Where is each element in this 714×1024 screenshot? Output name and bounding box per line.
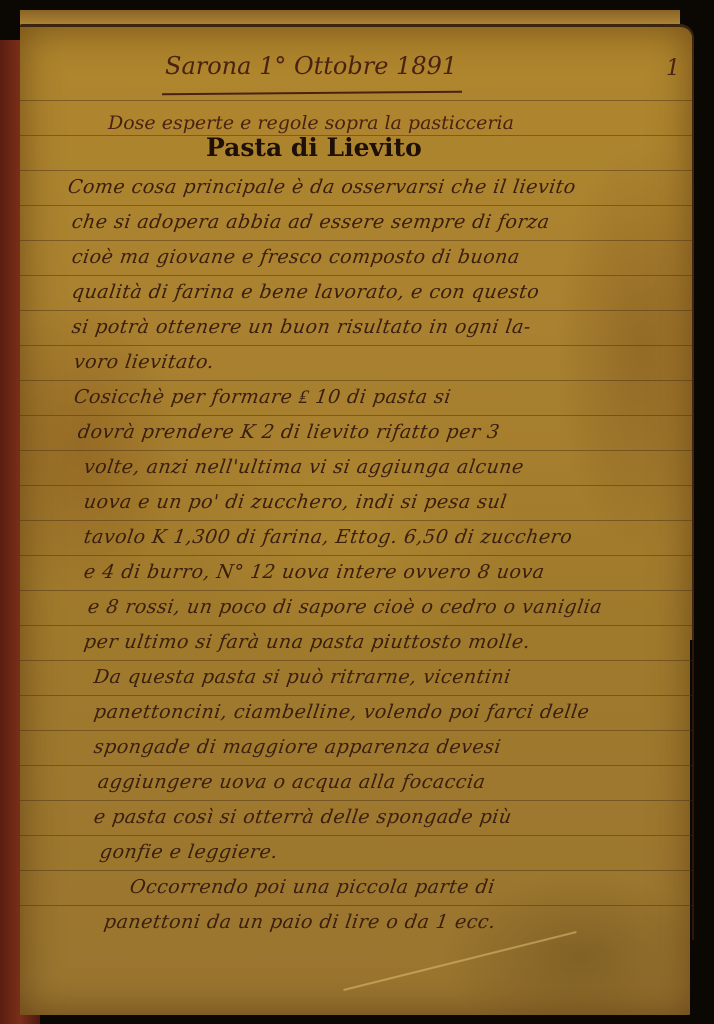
text-line: e pasta così si otterrà delle spongade p… <box>92 806 513 828</box>
text-line: panettoncini, ciambelline, volendo poi f… <box>92 701 590 723</box>
text-line: e 8 rossi, un poco di sapore cioè o cedr… <box>86 596 603 618</box>
text-line: volte, anzi nell'ultima vi si aggiunga a… <box>82 456 525 478</box>
text-line: aggiungere uova o acqua alla focaccia <box>96 771 487 793</box>
text-line: uova e un po' di zucchero, indi si pesa … <box>82 491 508 513</box>
text-line: qualità di farina e bene lavorato, e con… <box>70 281 540 303</box>
text-line: tavolo K 1,300 di farina, Ettog. 6,50 di… <box>82 526 573 548</box>
text-line: Come cosa principale è da osservarsi che… <box>66 176 577 198</box>
text-line: voro lievitato. <box>72 351 215 373</box>
text-line: spongade di maggiore apparenza devesi <box>92 736 502 758</box>
text-line: che si adopera abbia ad essere sempre di… <box>70 211 551 233</box>
text-line: dovrà prendere K 2 di lievito rifatto pe… <box>76 421 501 443</box>
recipe-body: Come cosa principale è da osservarsi che… <box>0 0 714 1024</box>
text-line: gonfie e leggiere. <box>98 841 279 863</box>
text-line: Da questa pasta si può ritrarne, vicenti… <box>92 666 512 688</box>
text-line: cioè ma giovane e fresco composto di buo… <box>70 246 521 268</box>
text-line: si potrà ottenere un buon risultato in o… <box>70 316 532 338</box>
text-line: panettoni da un paio di lire o da 1 ecc. <box>102 911 497 933</box>
text-line: Cosicchè per formare ₤ 10 di pasta si <box>72 386 452 409</box>
text-line: e 4 di burro, N° 12 uova intere ovvero 8… <box>82 561 546 583</box>
text-line: Occorrendo poi una piccola parte di <box>128 876 496 898</box>
text-line: per ultimo si farà una pasta piuttosto m… <box>82 631 531 653</box>
